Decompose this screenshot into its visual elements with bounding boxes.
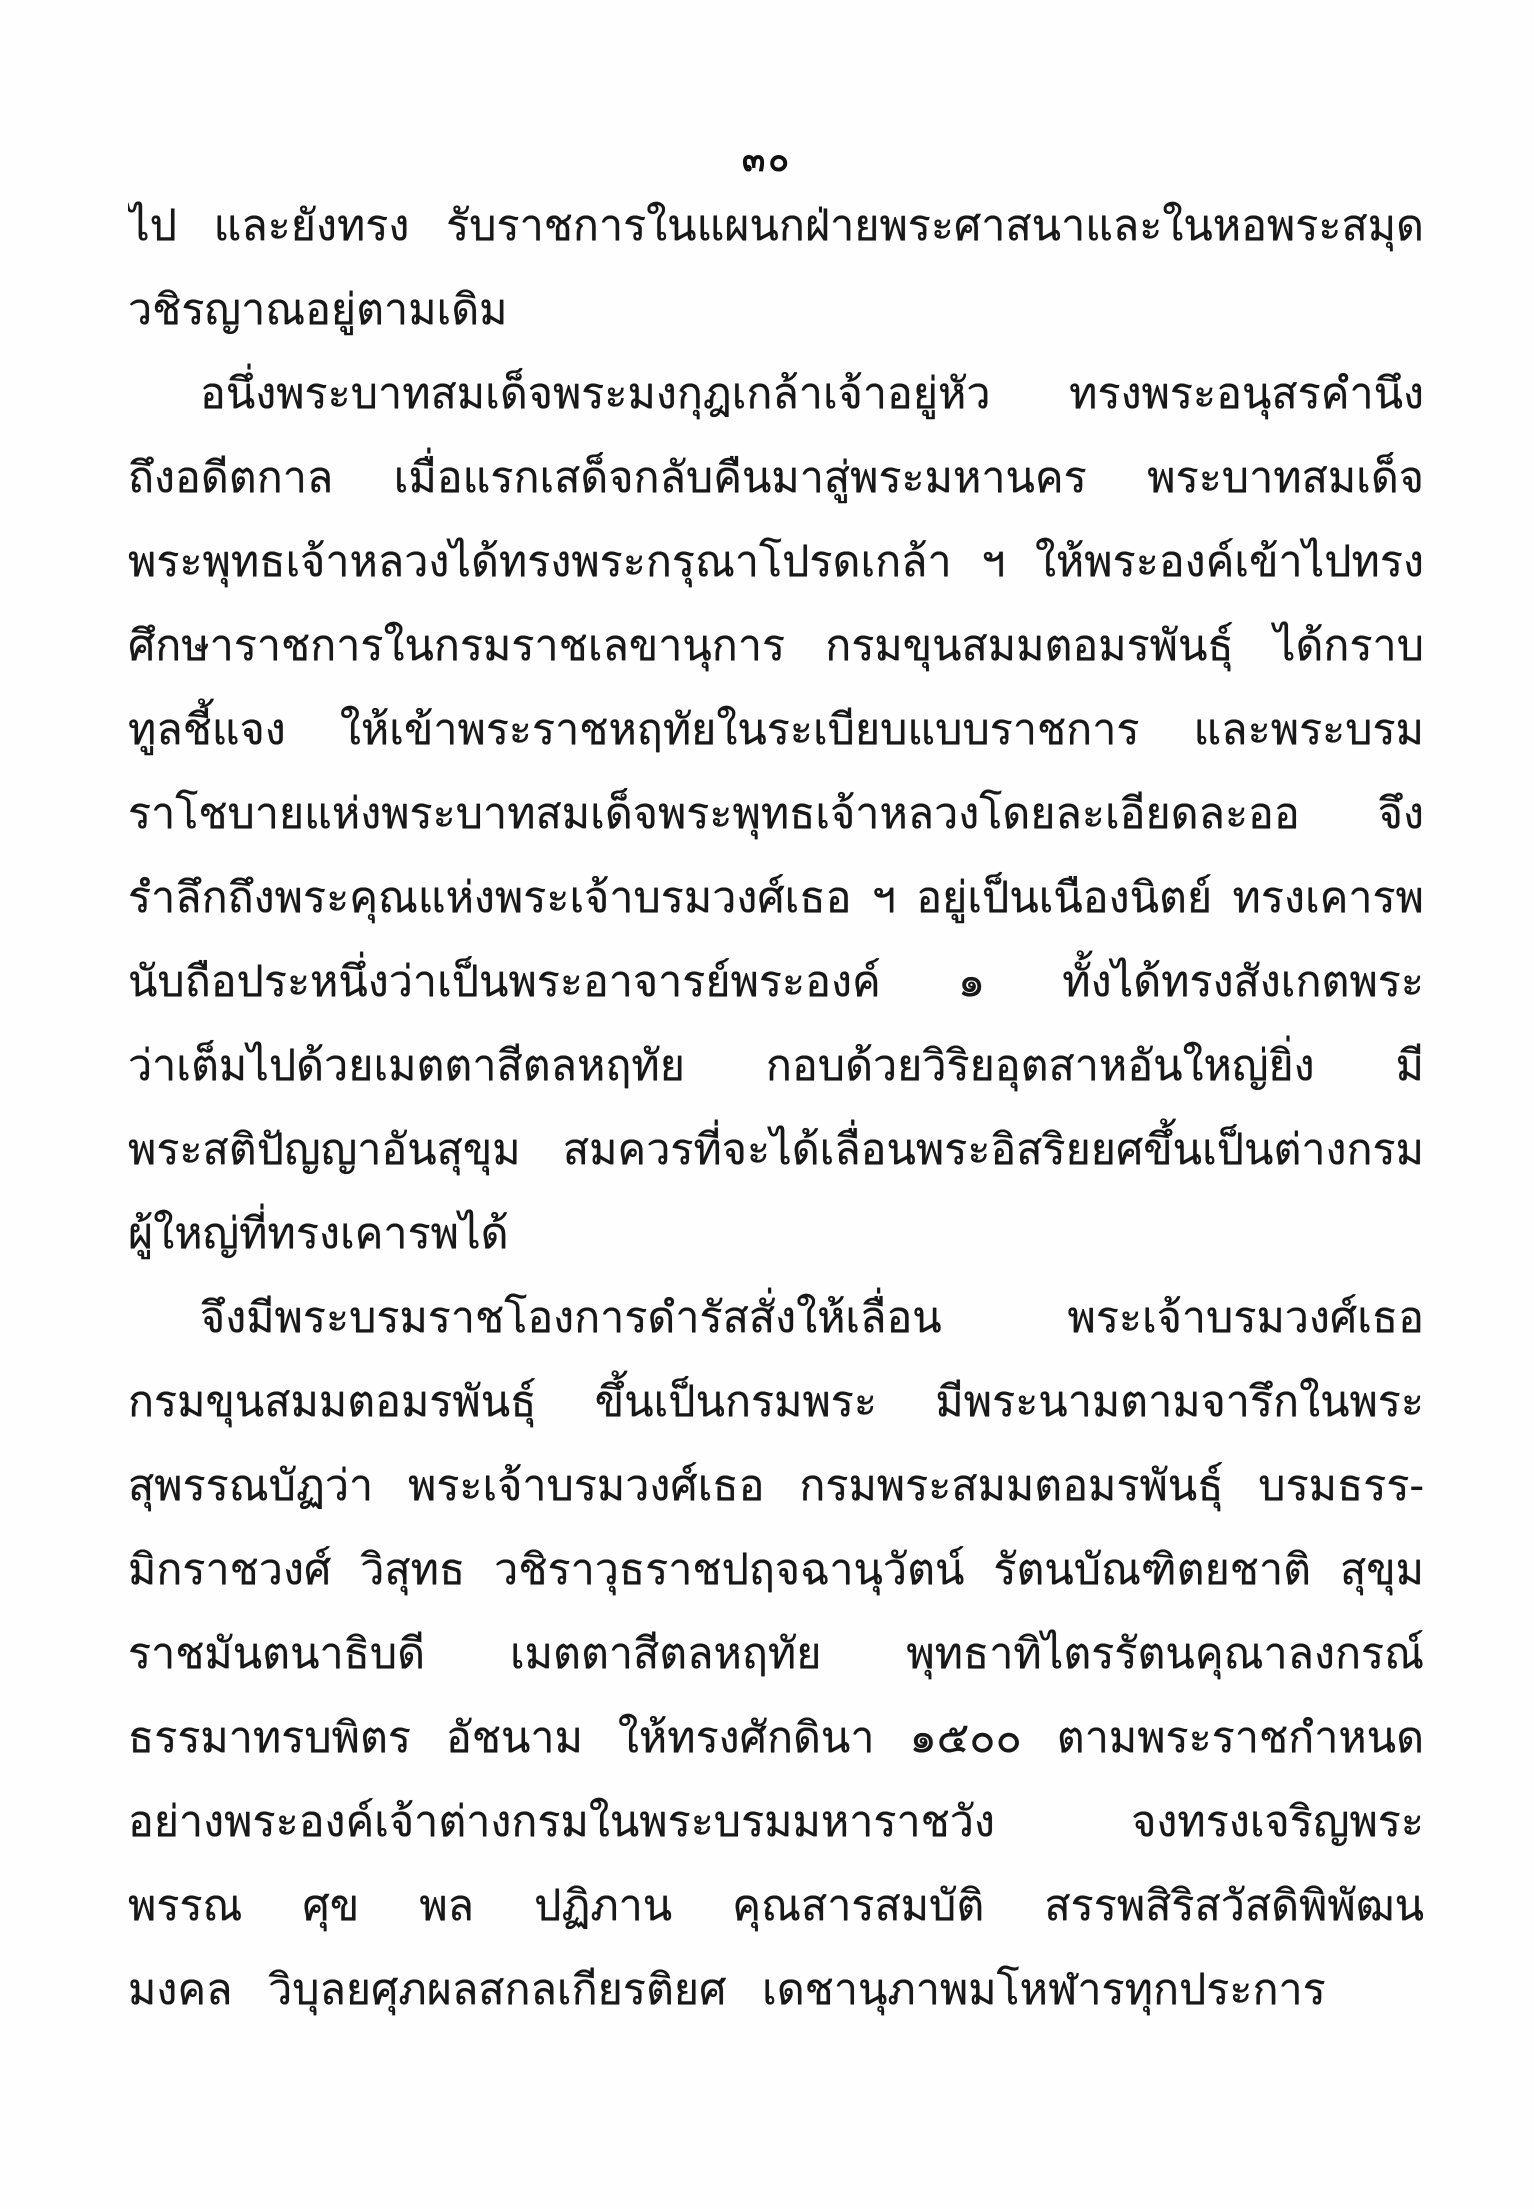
text-line: ทูลชี้แจง ให้เข้าพระราชหฤทัยในระเบียบแบบ… (128, 688, 1424, 772)
text-line: ถึงอดีตกาล เมื่อแรกเสด็จกลับคืนมาสู่พระม… (128, 436, 1424, 520)
text-line: นับถือประหนึ่งว่าเป็นพระอาจารย์พระองค์ ๑… (128, 940, 1424, 1024)
scanned-book-page: ๓๐ ไป และยังทรง รับราชการในแผนกฝ่ายพระศา… (0, 0, 1534, 2209)
text-line: มงคล วิบุลยศุภผลสกลเกียรติยศ เดชานุภาพมโ… (128, 1948, 1424, 2032)
text-line: วชิรญาณอยู่ตามเดิม (128, 268, 1424, 352)
text-line: พรรณ ศุข พล ปฏิภาน คุณสารสมบัติ สรรพสิริ… (128, 1864, 1424, 1948)
text-line: ราชมันตนาธิบดี เมตตาสีตลหฤทัย พุทธาทิไตร… (128, 1612, 1424, 1696)
text-line: ราโชบายแห่งพระบาทสมเด็จพระพุทธเจ้าหลวงโด… (128, 772, 1424, 856)
page-number: ๓๐ (0, 132, 1534, 186)
text-line: ผู้ใหญ่ที่ทรงเคารพได้ (128, 1192, 1424, 1276)
text-line: ธรรมาทรบพิตร อัชนาม ให้ทรงศักดินา ๑๕๐๐ ต… (128, 1696, 1424, 1780)
text-line: รำลึกถึงพระคุณแห่งพระเจ้าบรมวงศ์เธอ ฯ อย… (128, 856, 1424, 940)
text-line: พระสติปัญญาอันสุขุม สมควรที่จะได้เลื่อนพ… (128, 1108, 1424, 1192)
text-line: ว่าเต็มไปด้วยเมตตาสีตลหฤทัย กอบด้วยวิริย… (128, 1024, 1424, 1108)
text-line: กรมขุนสมมตอมรพันธุ์ ขึ้นเป็นกรมพระ มีพระ… (128, 1360, 1424, 1444)
text-line: อนึ่งพระบาทสมเด็จพระมงกุฎเกล้าเจ้าอยู่หั… (128, 352, 1424, 436)
text-line: สุพรรณบัฏว่า พระเจ้าบรมวงศ์เธอ กรมพระสมม… (128, 1444, 1424, 1528)
text-line: จึงมีพระบรมราชโองการดำรัสสั่งให้เลื่อน พ… (128, 1276, 1424, 1360)
text-line: ไป และยังทรง รับราชการในแผนกฝ่ายพระศาสนา… (128, 184, 1424, 268)
text-line: ศึกษาราชการในกรมราชเลขานุการ กรมขุนสมมตอ… (128, 604, 1424, 688)
text-line: อย่างพระองค์เจ้าต่างกรมในพระบรมมหาราชวัง… (128, 1780, 1424, 1864)
text-line: มิกราชวงศ์ วิสุทธ วชิราวุธราชปฤจฉานุวัตน… (128, 1528, 1424, 1612)
body-text: ไป และยังทรง รับราชการในแผนกฝ่ายพระศาสนา… (128, 184, 1424, 2032)
text-line: พระพุทธเจ้าหลวงได้ทรงพระกรุณาโปรดเกล้า ฯ… (128, 520, 1424, 604)
